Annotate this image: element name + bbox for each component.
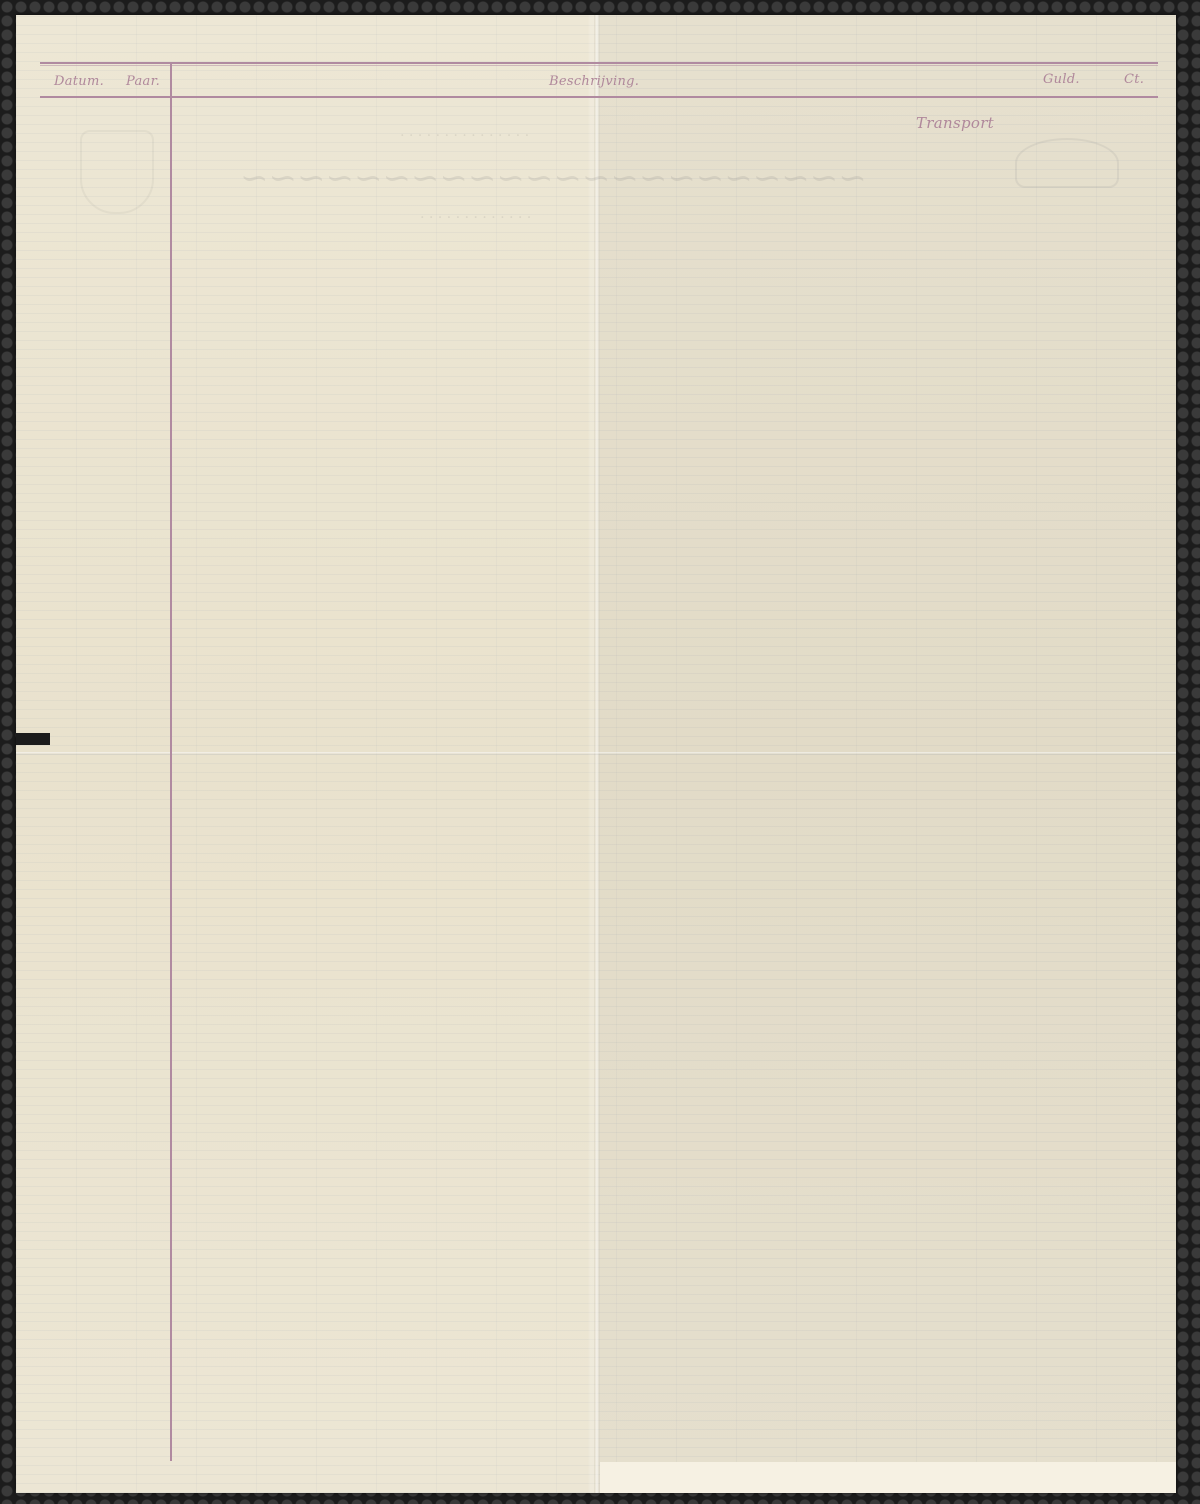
transport-label: Transport	[916, 114, 994, 132]
horizontal-fold	[16, 752, 1176, 755]
column-header-paar: Paar.	[126, 74, 160, 89]
header-top-rule-thin	[40, 65, 1158, 66]
bleed-through-crest-icon	[80, 130, 154, 214]
bleed-through-text: · · · · · · · · · · · · · · ·	[400, 128, 529, 144]
bleed-through-text: · · · · · · · · · · · · ·	[420, 210, 531, 226]
paper-curl	[600, 1462, 1176, 1493]
column-header-ct: Ct.	[1124, 72, 1144, 87]
column-header-beschrijving: Beschrijving.	[549, 74, 639, 89]
header-top-rule	[40, 62, 1158, 64]
column-header-datum: Datum.	[54, 74, 104, 89]
bleed-through-crown-icon	[1015, 138, 1119, 188]
column-header-guld: Guld.	[1043, 72, 1080, 87]
torn-notch	[16, 733, 50, 745]
header-bottom-rule	[40, 96, 1158, 98]
column-divider	[170, 64, 172, 1461]
bleed-through-text: ~~~~~~~~~~~~~~~~~~~~~~	[240, 158, 867, 198]
